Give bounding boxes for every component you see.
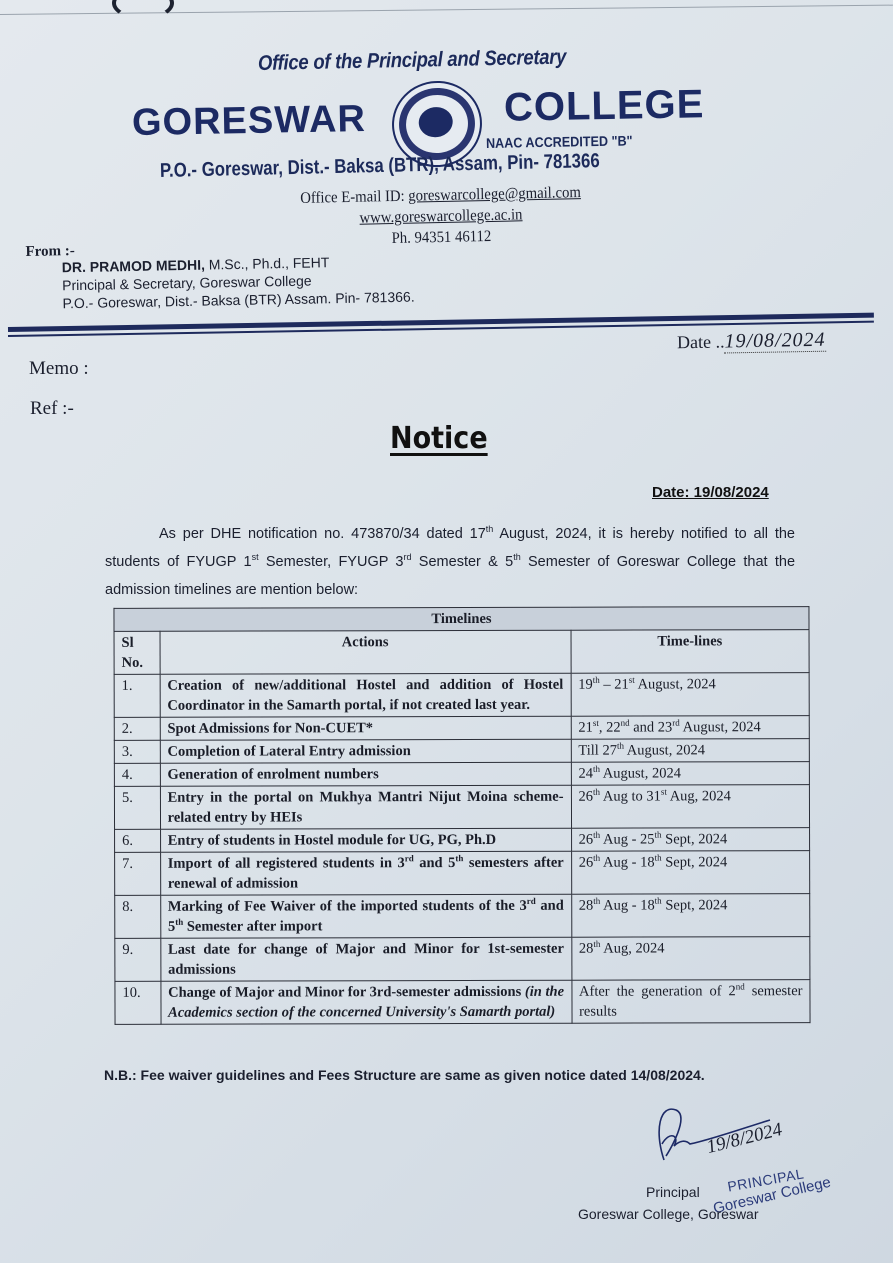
email-label: Office E-mail ID: <box>300 188 408 207</box>
row-sl-no: 6. <box>115 829 161 852</box>
row-action: Last date for change of Major and Minor … <box>160 937 571 981</box>
row-sl-no: 5. <box>114 786 160 829</box>
binder-clip-icon <box>112 0 174 20</box>
ref-label: Ref :- <box>30 398 74 420</box>
table-row: 3.Completion of Lateral Entry admissionT… <box>114 739 809 764</box>
office-title: Office of the Principal and Secretary <box>258 46 567 76</box>
row-sl-no: 10. <box>115 981 161 1024</box>
sender-block: From :- DR. PRAMOD MEDHI, M.Sc., Ph.d., … <box>25 237 414 313</box>
college-address: P.O.- Goreswar, Dist.- Baksa (BTR), Assa… <box>160 150 600 183</box>
table-row: 10.Change of Major and Minor for 3rd-sem… <box>115 980 810 1025</box>
row-sl-no: 4. <box>114 763 160 786</box>
row-sl-no: 1. <box>114 674 160 717</box>
row-timeline: Till 27th August, 2024 <box>571 739 809 763</box>
table-row: 8.Marking of Fee Waiver of the imported … <box>115 894 810 939</box>
email-link[interactable]: goreswarcollege@gmail.com <box>408 184 581 205</box>
date-label: Date .. <box>677 331 725 352</box>
row-sl-no: 7. <box>115 852 161 895</box>
notice-intro: As per DHE notification no. 473870/34 da… <box>105 520 795 604</box>
row-timeline: 28th Aug - 18th Sept, 2024 <box>571 894 810 938</box>
accreditation-badge: NAAC ACCREDITED "B" <box>486 132 633 151</box>
row-action: Change of Major and Minor for 3rd-semest… <box>161 980 572 1024</box>
website-link[interactable]: www.goreswarcollege.ac.in <box>359 206 522 226</box>
nb-note: N.B.: Fee waiver guidelines and Fees Str… <box>104 1067 705 1083</box>
row-action: Spot Admissions for Non-CUET* <box>160 716 571 740</box>
row-timeline: 28th Aug, 2024 <box>571 937 810 981</box>
header-timelines: Time-lines <box>571 630 810 674</box>
table-row: 4.Generation of enrolment numbers24th Au… <box>114 762 809 787</box>
row-timeline: 19th – 21st August, 2024 <box>571 673 810 717</box>
sender-name: DR. PRAMOD MEDHI, <box>62 257 205 276</box>
row-sl-no: 8. <box>115 895 161 938</box>
header-sl-no: Sl No. <box>114 631 160 674</box>
handwritten-date: 19/08/2024 <box>724 329 826 354</box>
signatory-org: Goreswar College, Goreswar <box>578 1206 759 1222</box>
college-name-left: GORESWAR <box>132 98 367 145</box>
letter-date: Date ..19/08/2024 <box>677 329 826 355</box>
row-timeline: After the generation of 2nd semester res… <box>571 980 810 1024</box>
row-sl-no: 3. <box>114 740 160 763</box>
row-timeline: 26th Aug - 25th Sept, 2024 <box>571 828 809 852</box>
row-action: Completion of Lateral Entry admission <box>160 739 571 763</box>
table-row: 9.Last date for change of Major and Mino… <box>115 937 810 982</box>
notice-date: Date: 19/08/2024 <box>652 484 769 501</box>
row-action: Entry of students in Hostel module for U… <box>160 828 571 852</box>
row-action: Marking of Fee Waiver of the imported st… <box>160 894 571 938</box>
row-action: Entry in the portal on Mukhya Mantri Nij… <box>160 785 571 829</box>
row-timeline: 21st, 22nd and 23rd August, 2024 <box>571 716 809 740</box>
timelines-table: Timelines Sl No. Actions Time-lines 1.Cr… <box>113 606 810 1025</box>
table-row: 5.Entry in the portal on Mukhya Mantri N… <box>114 785 809 830</box>
row-sl-no: 9. <box>115 938 161 981</box>
table-row: 7.Import of all registered students in 3… <box>115 851 810 896</box>
row-timeline: 26th Aug to 31st Aug, 2024 <box>571 785 810 829</box>
signatory-title: Principal <box>646 1184 700 1200</box>
notice-title: Notice <box>390 421 488 456</box>
row-action: Generation of enrolment numbers <box>160 762 571 786</box>
memo-label: Memo : <box>29 358 89 380</box>
row-sl-no: 2. <box>114 717 160 740</box>
table-row: 1.Creation of new/additional Hostel and … <box>114 673 809 718</box>
table-caption: Timelines <box>114 607 809 632</box>
row-action: Import of all registered students in 3rd… <box>160 851 571 895</box>
row-timeline: 24th August, 2024 <box>571 762 809 786</box>
table-row: 2.Spot Admissions for Non-CUET*21st, 22n… <box>114 716 809 741</box>
row-action: Creation of new/additional Hostel and ad… <box>160 673 571 717</box>
table-row: 6.Entry of students in Hostel module for… <box>115 828 810 853</box>
college-name-right: COLLEGE <box>504 82 705 130</box>
sender-qualifications: M.Sc., Ph.d., FEHT <box>205 254 330 272</box>
row-timeline: 26th Aug - 18th Sept, 2024 <box>571 851 810 895</box>
header-actions: Actions <box>160 630 571 674</box>
